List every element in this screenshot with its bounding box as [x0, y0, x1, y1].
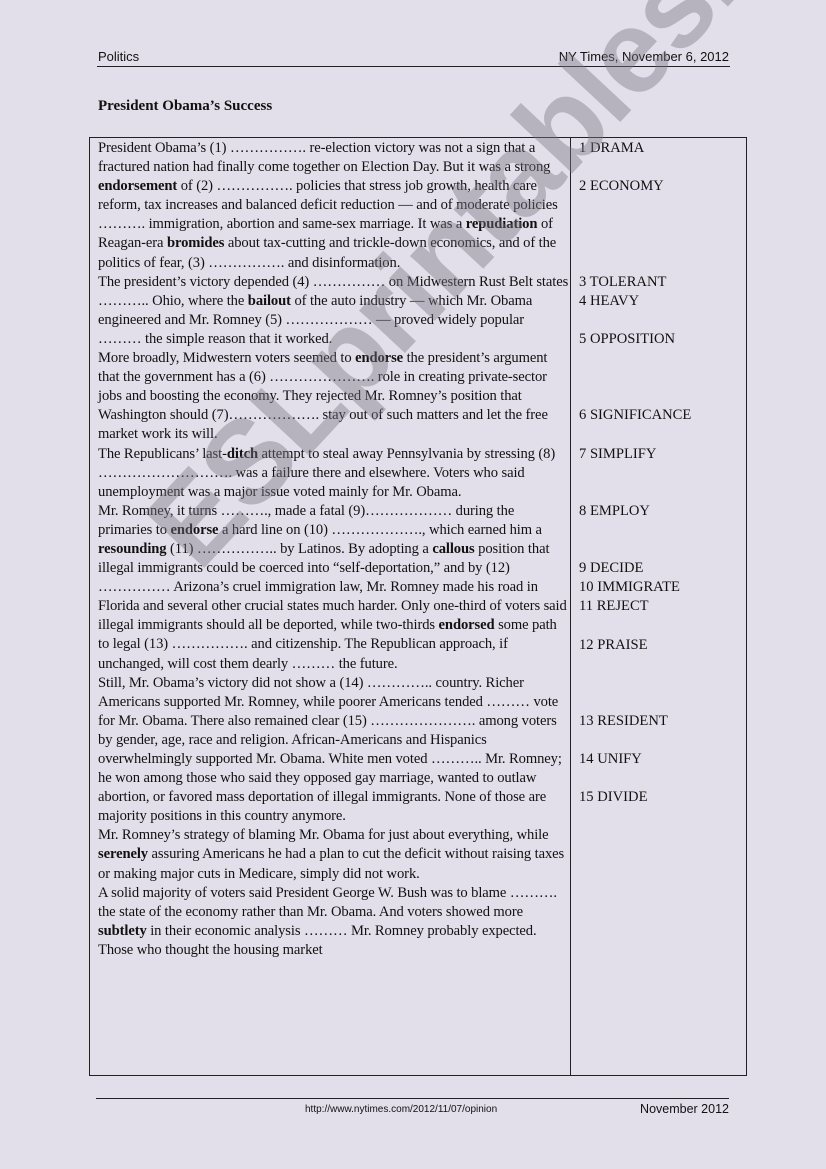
article-paragraph: President Obama’s (1) ……………. re-election…	[98, 139, 570, 273]
exercise-table: President Obama’s (1) ……………. re-election…	[89, 137, 747, 1076]
article-paragraph: Mr. Romney’s strategy of blaming Mr. Oba…	[98, 826, 570, 883]
article-paragraph: Still, Mr. Obama’s victory did not show …	[98, 674, 570, 827]
vocabulary-word: endorsement	[98, 178, 177, 194]
word-bank-item: 12 PRAISE	[579, 637, 648, 654]
word-bank-item: 11 REJECT	[579, 598, 649, 615]
vocabulary-word: bailout	[248, 293, 291, 309]
vocabulary-word: resounding	[98, 541, 166, 557]
footer-divider	[96, 1098, 729, 1099]
word-bank-item: 7 SIMPLIFY	[579, 446, 656, 463]
word-bank-item: 14 UNIFY	[579, 751, 642, 768]
header-source-date: NY Times, November 6, 2012	[559, 49, 729, 64]
word-bank-item: 8 EMPLOY	[579, 503, 650, 520]
article-paragraph: More broadly, Midwestern voters seemed t…	[98, 349, 570, 444]
footer-url: http://www.nytimes.com/2012/11/07/opinio…	[305, 1104, 497, 1115]
article-title: President Obama’s Success	[98, 98, 272, 115]
word-bank-item: 5 OPPOSITION	[579, 331, 675, 348]
article-paragraph: The president’s victory depended (4) …………	[98, 273, 570, 349]
article-paragraph: The Republicans’ last-ditch attempt to s…	[98, 445, 570, 502]
word-bank: 1 DRAMA2 ECONOMY3 TOLERANT4 HEAVY5 OPPOS…	[571, 138, 747, 1075]
vocabulary-word: bromides	[167, 235, 224, 251]
vocabulary-word: callous	[432, 541, 474, 557]
word-bank-item: 4 HEAVY	[579, 293, 639, 310]
vocabulary-word: serenely	[98, 846, 148, 862]
word-bank-item: 13 RESIDENT	[579, 713, 668, 730]
word-bank-item: 6 SIGNIFICANCE	[579, 407, 691, 424]
vocabulary-word: endorsed	[439, 617, 495, 633]
footer-date: November 2012	[640, 1102, 729, 1116]
page-header: Politics NY Times, November 6, 2012	[97, 48, 730, 67]
word-bank-item: 1 DRAMA	[579, 140, 644, 157]
vocabulary-word: endorse	[170, 522, 218, 538]
vocabulary-word: repudiation	[466, 216, 538, 232]
vocabulary-word: subtlety	[98, 923, 147, 939]
word-bank-item: 3 TOLERANT	[579, 274, 666, 291]
article-text: President Obama’s (1) ……………. re-election…	[90, 138, 571, 1075]
header-section: Politics	[98, 49, 139, 64]
article-paragraph: Mr. Romney, it turns ………., made a fatal …	[98, 502, 570, 674]
vocabulary-word: ditch	[227, 446, 258, 462]
word-bank-item: 9 DECIDE	[579, 560, 643, 577]
article-paragraph: A solid majority of voters said Presiden…	[98, 884, 570, 960]
word-bank-item: 10 IMMIGRATE	[579, 579, 680, 596]
word-bank-item: 2 ECONOMY	[579, 178, 664, 195]
word-bank-item: 15 DIVIDE	[579, 789, 648, 806]
vocabulary-word: endorse	[355, 350, 403, 366]
